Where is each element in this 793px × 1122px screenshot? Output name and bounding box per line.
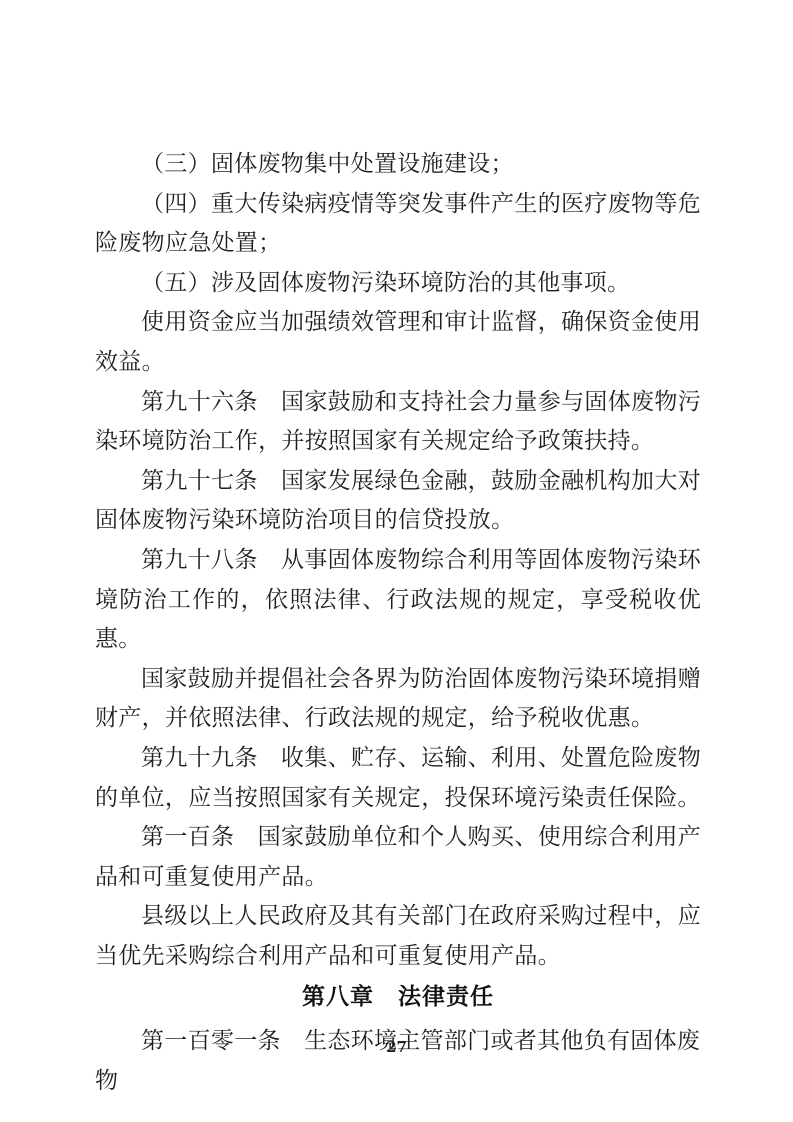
page-number: 27 xyxy=(386,1038,407,1056)
paragraph-article-99: 第九十九条 收集、贮存、运输、利用、处置危险废物的单位，应当按照国家有关规定，投… xyxy=(95,739,701,818)
paragraph-article-98: 第九十八条 从事固体废物综合利用等固体废物污染环境防治工作的，依照法律、行政法规… xyxy=(95,541,701,660)
paragraph-article-100: 第一百条 国家鼓励单位和个人购买、使用综合利用产品和可重复使用产品。 xyxy=(95,818,701,897)
paragraph-article-97: 第九十七条 国家发展绿色金融，鼓励金融机构加大对固体废物污染环境防治项目的信贷投… xyxy=(95,462,701,541)
paragraph-article-101: 第一百零一条 生态环境主管部门或者其他负有固体废物 xyxy=(95,1022,701,1101)
paragraph-government-procurement: 县级以上人民政府及其有关部门在政府采购过程中，应当优先采购综合利用产品和可重复使… xyxy=(95,897,701,976)
page-footer: 27 xyxy=(0,1037,793,1056)
paragraph-item-3: （三）固体废物集中处置设施建设； xyxy=(95,145,701,185)
document-page: （三）固体废物集中处置设施建设； （四）重大传染病疫情等突发事件产生的医疗废物等… xyxy=(0,0,793,1122)
paragraph-funds-usage: 使用资金应当加强绩效管理和审计监督，确保资金使用效益。 xyxy=(95,303,701,382)
paragraph-item-5: （五）涉及固体废物污染环境防治的其他事项。 xyxy=(95,264,701,304)
paragraph-article-96: 第九十六条 国家鼓励和支持社会力量参与固体废物污染环境防治工作，并按照国家有关规… xyxy=(95,383,701,462)
document-body: （三）固体废物集中处置设施建设； （四）重大传染病疫情等突发事件产生的医疗废物等… xyxy=(95,145,701,1102)
paragraph-donation-tax: 国家鼓励并提倡社会各界为防治固体废物污染环境捐赠财产，并依照法律、行政法规的规定… xyxy=(95,660,701,739)
chapter-heading: 第八章 法律责任 xyxy=(95,977,701,1017)
paragraph-item-4: （四）重大传染病疫情等突发事件产生的医疗废物等危险废物应急处置； xyxy=(95,185,701,264)
